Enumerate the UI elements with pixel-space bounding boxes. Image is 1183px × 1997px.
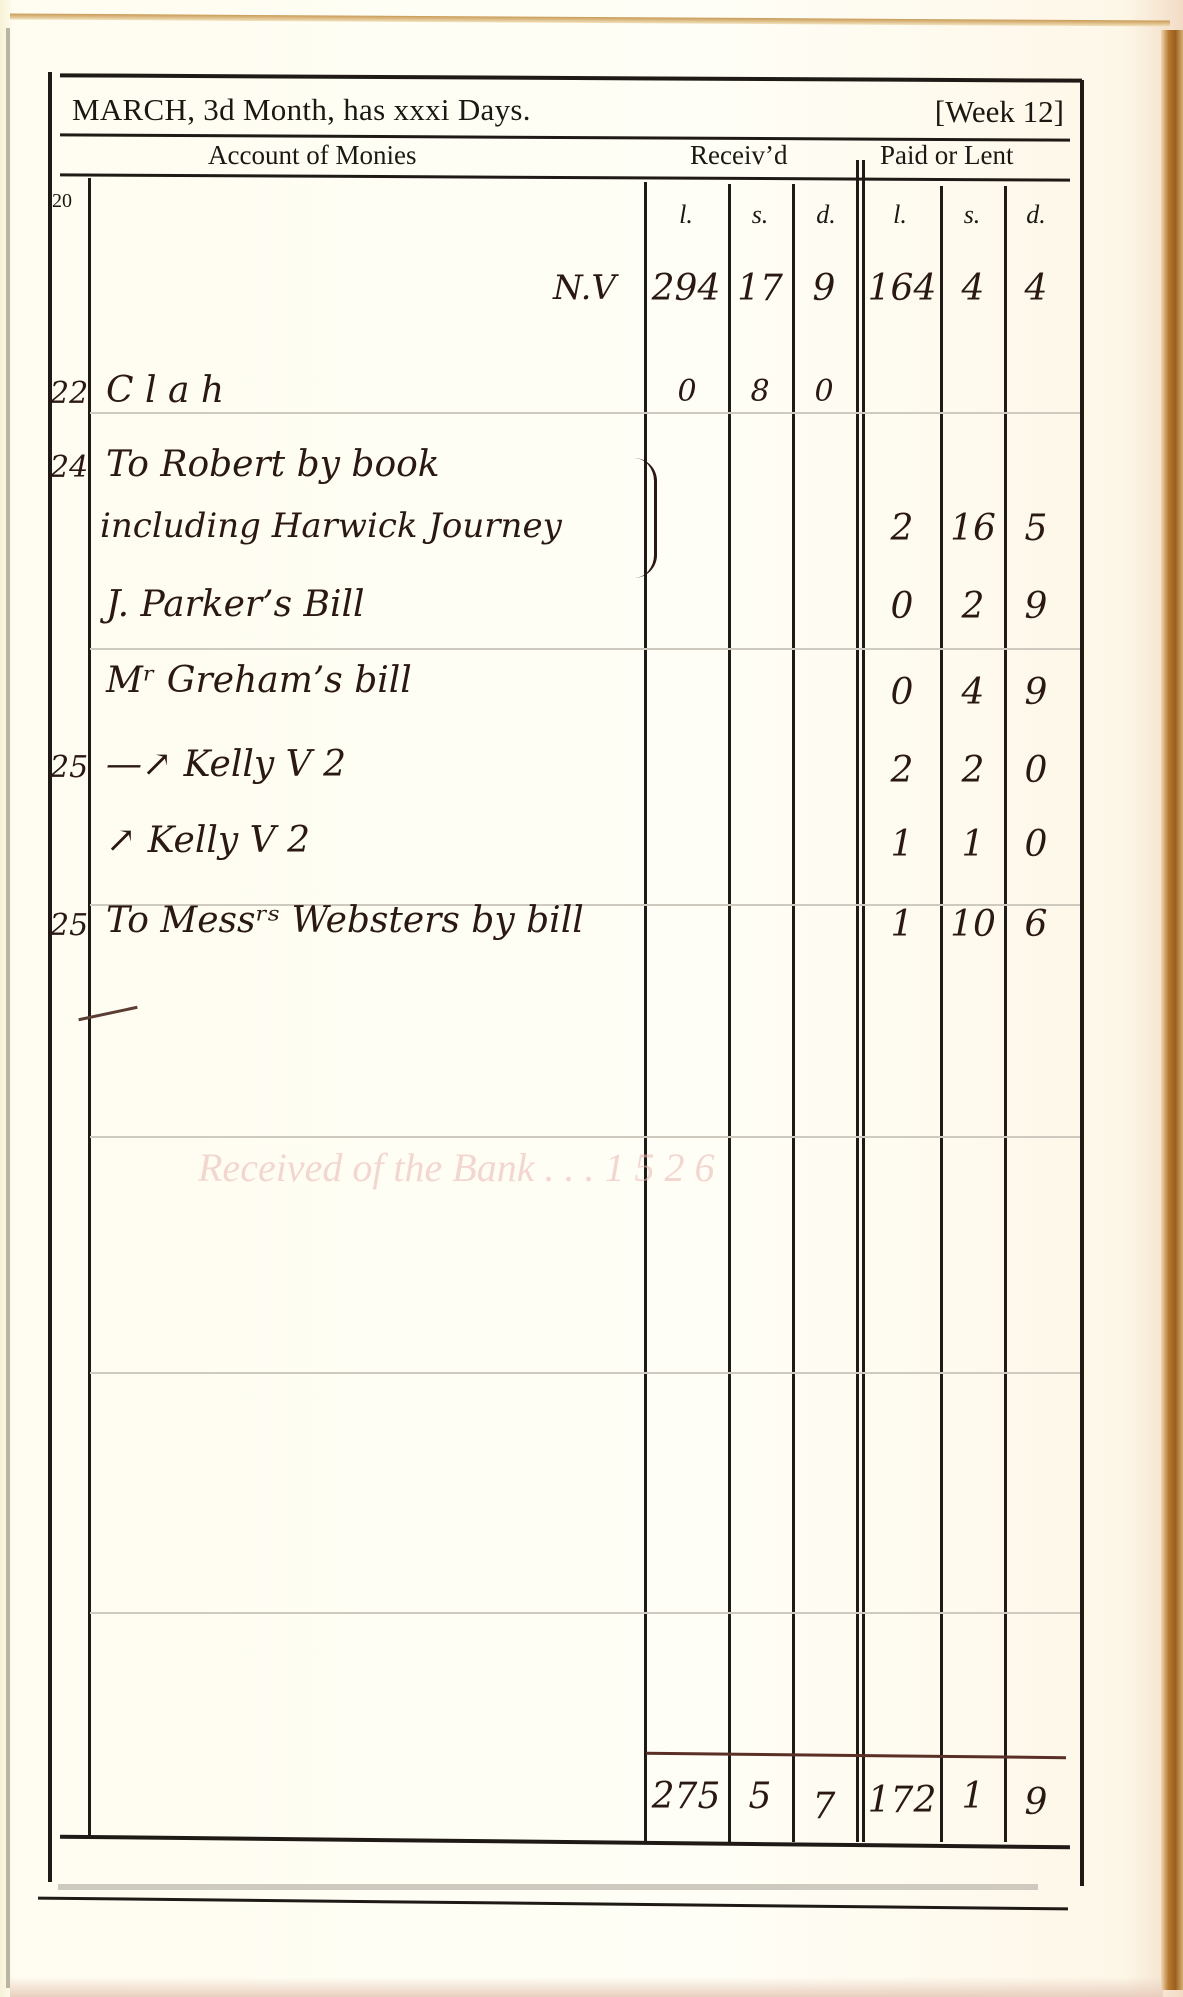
entry-description: ↗ Kelly V 2 bbox=[106, 820, 310, 861]
month-title: MARCH, 3d Month, has xxxi Days. bbox=[72, 92, 531, 128]
paid-column-header: Paid or Lent bbox=[880, 140, 1013, 171]
footer-rule-lower bbox=[38, 1897, 1068, 1911]
paid-s-rule bbox=[940, 186, 943, 1842]
received-pounds-unit: l. bbox=[656, 200, 716, 230]
carried-paid-pounds: 164 bbox=[864, 268, 940, 309]
entry-description: —↗ Kelly V 2 bbox=[106, 744, 346, 785]
row-rule bbox=[90, 412, 1080, 414]
footer-shadow-rule bbox=[58, 1884, 1038, 1890]
entry-paid-pence: 9 bbox=[1006, 586, 1066, 627]
entry-date: 22 bbox=[50, 376, 98, 411]
received-d-rule bbox=[792, 184, 795, 1842]
book-fore-edge bbox=[1161, 30, 1183, 1990]
total-paid-pence: 9 bbox=[1006, 1782, 1066, 1823]
carried-paid-shillings: 4 bbox=[942, 268, 1004, 309]
carried-received-pounds: 294 bbox=[646, 268, 726, 309]
entry-description: J. Parker’s Bill bbox=[106, 584, 365, 625]
carried-forward-label: N.V bbox=[553, 268, 616, 308]
week-label: [Week 12] bbox=[935, 94, 1064, 130]
frame-right-rule bbox=[1080, 80, 1084, 1886]
carried-received-shillings: 17 bbox=[730, 268, 790, 309]
show-through-text: Received of the Bank . . . 1 5 2 6 bbox=[198, 1144, 714, 1191]
column-header-underline bbox=[60, 173, 1070, 181]
entry-received-pence: 0 bbox=[794, 374, 854, 409]
entry-date: 25 bbox=[50, 908, 98, 943]
entry-paid-pounds: 2 bbox=[864, 750, 940, 791]
entry-description: To Robert by book bbox=[106, 444, 440, 485]
entry-date: 24 bbox=[50, 450, 98, 485]
entry-brace bbox=[634, 458, 657, 578]
paid-shillings-unit: s. bbox=[942, 200, 1002, 230]
row-rule bbox=[90, 1372, 1080, 1374]
total-paid-shillings: 1 bbox=[942, 1776, 1004, 1817]
gutter-edge bbox=[6, 28, 10, 1988]
entry-paid-shillings: 16 bbox=[942, 508, 1004, 549]
entry-received-pounds: 0 bbox=[648, 374, 726, 409]
entry-paid-pounds: 0 bbox=[864, 586, 940, 627]
entry-paid-pence: 5 bbox=[1006, 508, 1066, 549]
entry-paid-shillings: 2 bbox=[942, 750, 1004, 791]
entry-paid-shillings: 1 bbox=[942, 824, 1004, 865]
row-rule bbox=[90, 1136, 1080, 1138]
entry-description: C l a h bbox=[106, 370, 224, 411]
received-shillings-unit: s. bbox=[730, 200, 790, 230]
row-rule bbox=[90, 648, 1080, 650]
entry-paid-pounds: 1 bbox=[864, 904, 940, 945]
entry-paid-shillings: 10 bbox=[942, 904, 1004, 945]
account-column-header: Account of Monies bbox=[208, 140, 416, 171]
entry-paid-pounds: 2 bbox=[864, 508, 940, 549]
page-bottom-shade bbox=[10, 1977, 1163, 1997]
row-rule bbox=[90, 1612, 1080, 1614]
entry-description: Mʳ Greham’s bill bbox=[106, 660, 412, 701]
entry-paid-pounds: 0 bbox=[864, 672, 940, 713]
received-pence-unit: d. bbox=[796, 200, 856, 230]
ledger-page: MARCH, 3d Month, has xxxi Days. [Week 12… bbox=[48, 72, 1084, 1910]
paid-d-rule bbox=[1004, 186, 1007, 1842]
date-column-rule bbox=[88, 178, 91, 1838]
entry-paid-pounds: 1 bbox=[864, 824, 940, 865]
total-received-shillings: 5 bbox=[730, 1776, 790, 1817]
entry-paid-shillings: 2 bbox=[942, 586, 1004, 627]
entry-date: 25 bbox=[50, 750, 98, 785]
entry-paid-pence: 6 bbox=[1006, 904, 1066, 945]
received-s-rule bbox=[728, 184, 731, 1842]
frame-left-rule bbox=[48, 72, 52, 1882]
total-paid-pounds: 172 bbox=[864, 1780, 940, 1821]
total-received-pence: 7 bbox=[794, 1786, 854, 1827]
received-column-header: Receiv’d bbox=[690, 140, 787, 171]
received-l-rule bbox=[644, 182, 647, 1842]
total-received-pounds: 275 bbox=[646, 1776, 726, 1817]
carried-received-pence: 9 bbox=[794, 268, 854, 309]
entry-received-shillings: 8 bbox=[730, 374, 790, 409]
frame-top-rule bbox=[60, 73, 1082, 82]
carried-paid-pence: 4 bbox=[1006, 268, 1066, 309]
entry-paid-shillings: 4 bbox=[942, 672, 1004, 713]
entry-paid-pence: 9 bbox=[1006, 672, 1066, 713]
entry-paid-pence: 0 bbox=[1006, 750, 1066, 791]
footer-rule-upper bbox=[60, 1835, 1070, 1850]
entry-paid-pence: 0 bbox=[1006, 824, 1066, 865]
start-day-number: 20 bbox=[52, 190, 72, 213]
paid-pence-unit: d. bbox=[1006, 200, 1066, 230]
entry-description-continued: including Harwick Journey bbox=[100, 506, 562, 546]
entry-description: To Messʳˢ Websters by bill bbox=[106, 900, 584, 941]
paid-pounds-unit: l. bbox=[870, 200, 930, 230]
